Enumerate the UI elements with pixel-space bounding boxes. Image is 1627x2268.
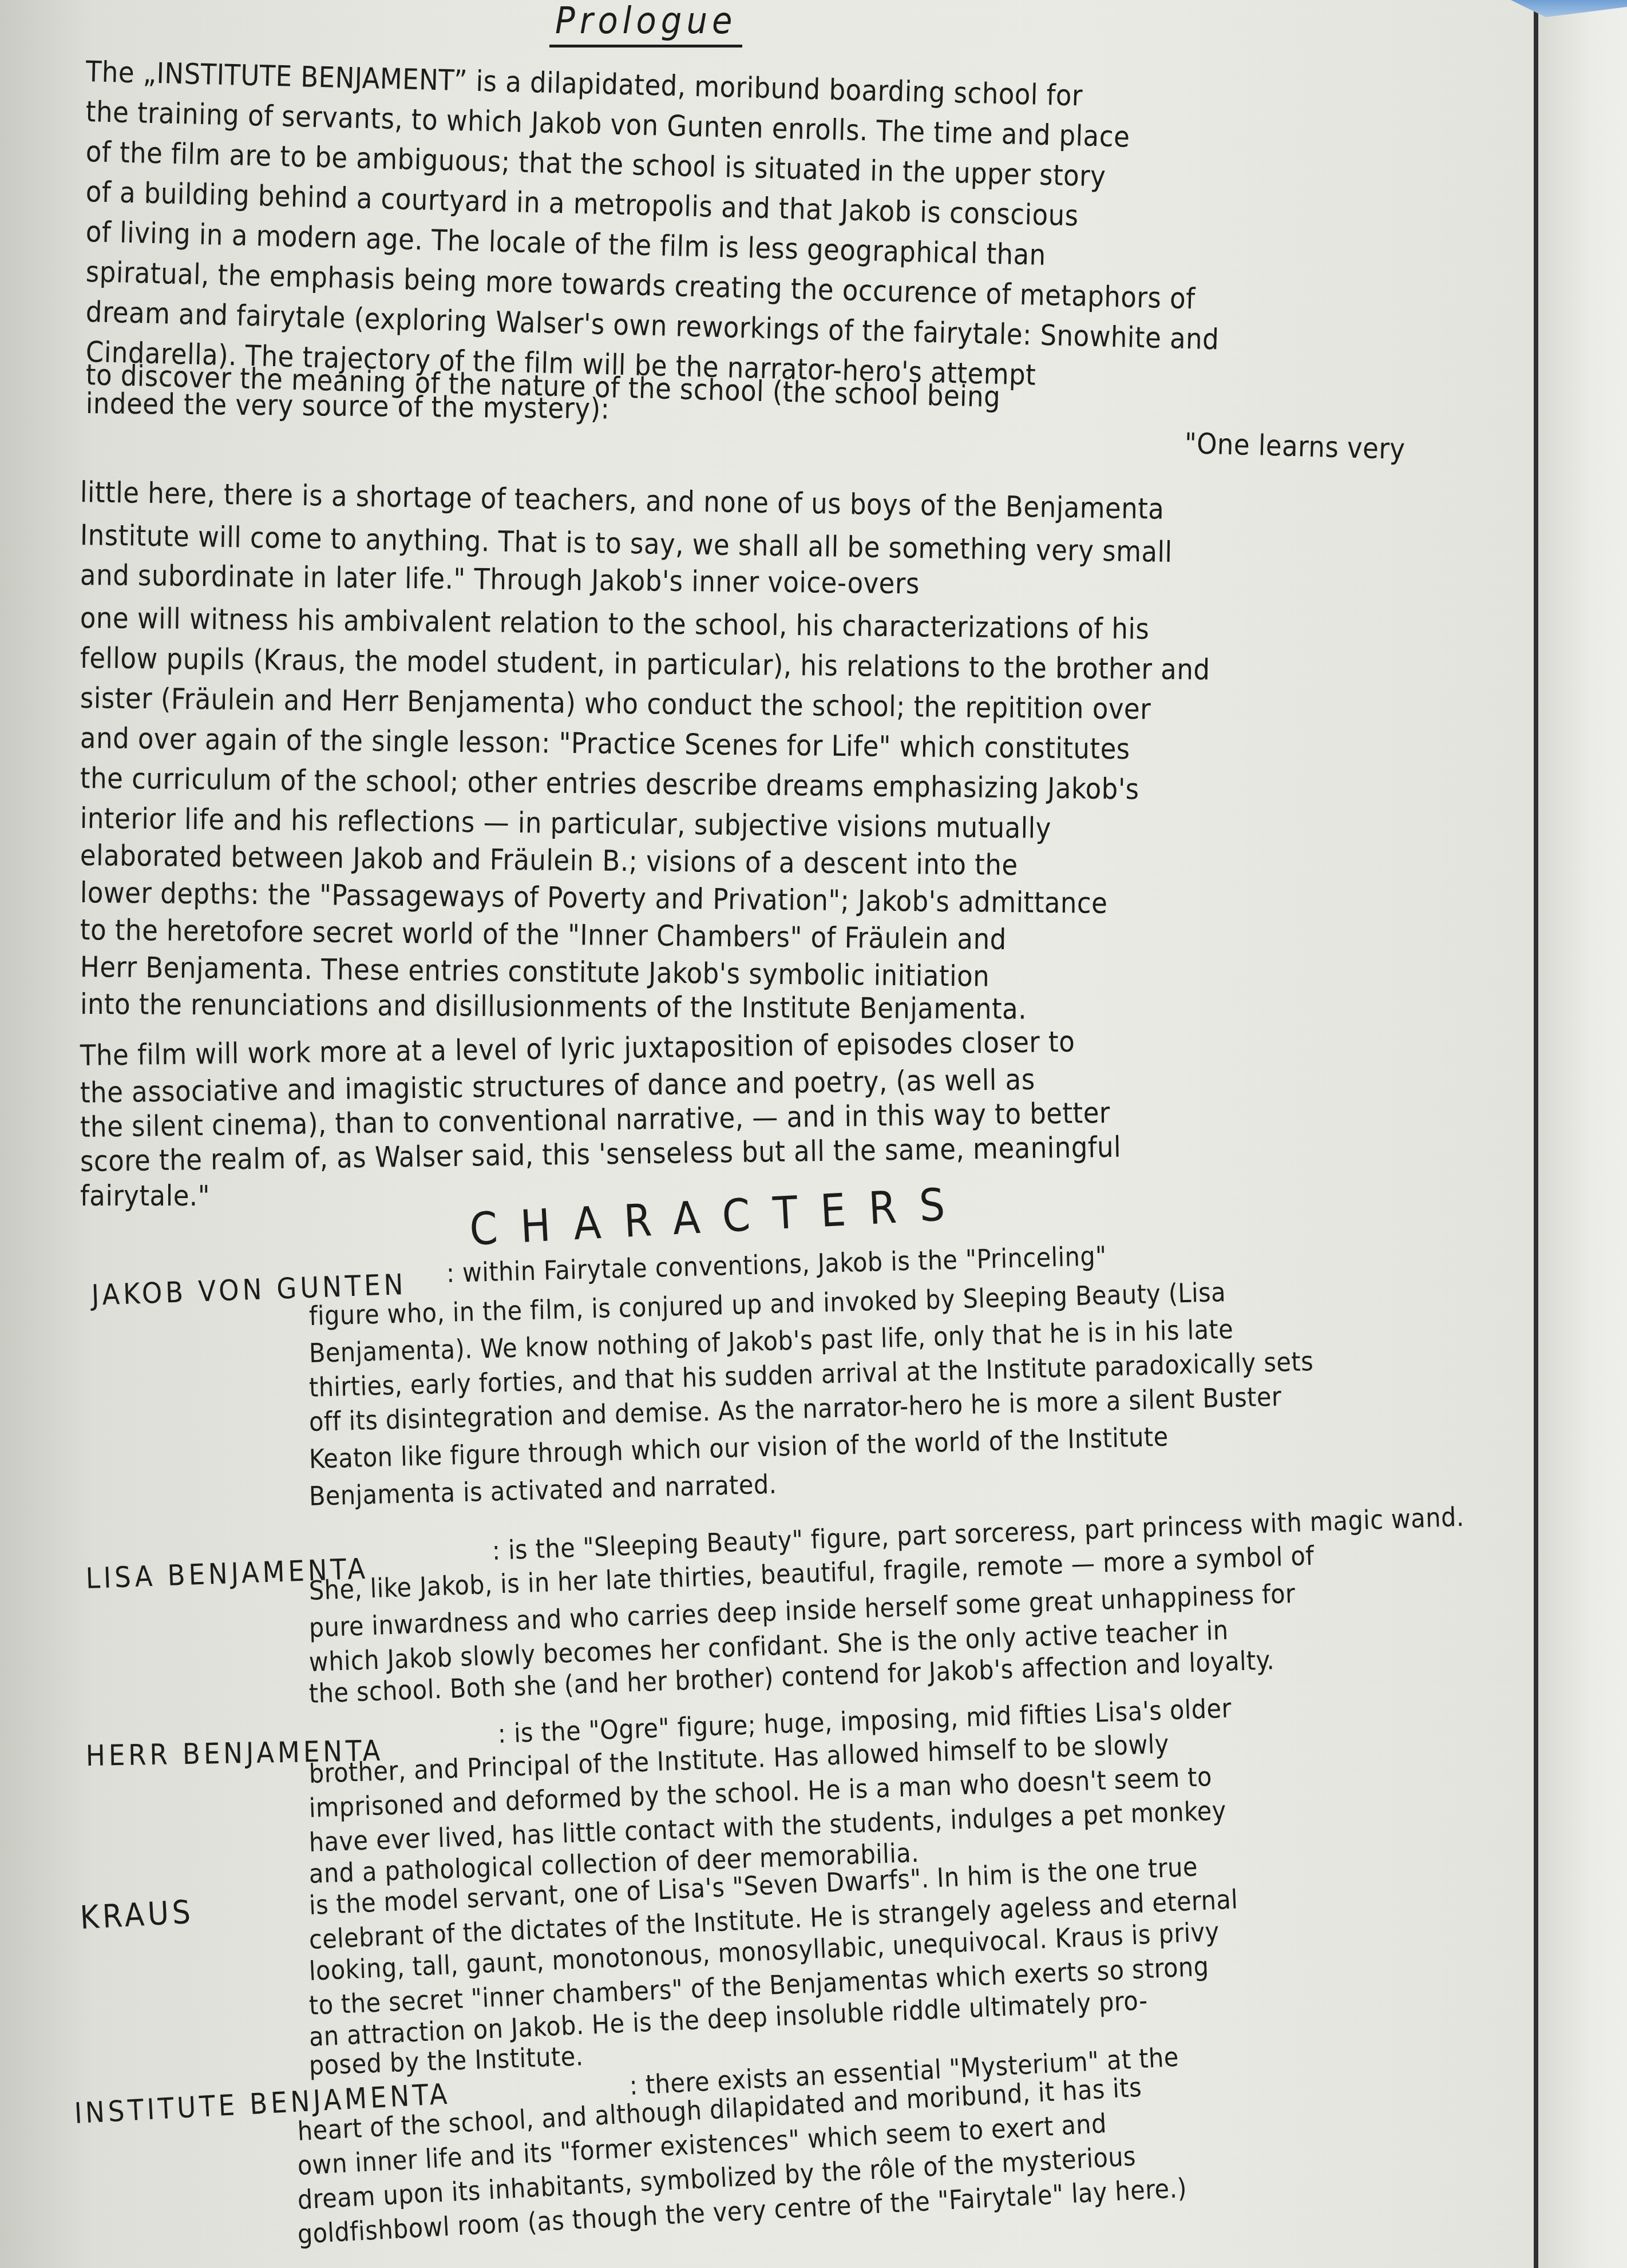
quote-line: fellow pupils (Kraus, the model student,…: [80, 641, 1210, 687]
quote-line: sister (Fräulein and Herr Benjamenta) wh…: [80, 681, 1151, 727]
quote-line: interior life and his reflections — in p…: [80, 801, 1052, 846]
quote-line: to the heretofore secret world of the "I…: [80, 913, 1007, 957]
quote-open: "One learns very: [1184, 426, 1406, 466]
quote-line: and subordinate in later life." Through …: [80, 558, 920, 601]
manuscript-page: Prologue The „INSTITUTE BENJAMENT” is a …: [0, 0, 1534, 2268]
quote-line: and over again of the single lesson: "Pr…: [80, 721, 1130, 766]
quote-line: the curriculum of the school; other entr…: [80, 761, 1139, 806]
quote-line: little here, there is a shortage of teac…: [80, 475, 1165, 526]
page-title: Prologue: [549, 0, 742, 47]
quote-line: one will witness his ambivalent relation…: [80, 601, 1150, 647]
quote-line: into the renunciations and disillusionme…: [80, 987, 1027, 1026]
closing-line: fairytale.": [80, 1179, 210, 1213]
adjacent-page: [1538, 0, 1627, 2268]
character-name-kraus: KRAUS: [79, 1894, 195, 1937]
page-binding-edge: [1534, 0, 1538, 2268]
prologue-line: indeed the very source of the mystery):: [86, 386, 610, 426]
quote-line: elaborated between Jakob and Fräulein B.…: [80, 838, 1018, 882]
quote-line: Herr Benjamenta. These entries constitut…: [80, 950, 990, 994]
